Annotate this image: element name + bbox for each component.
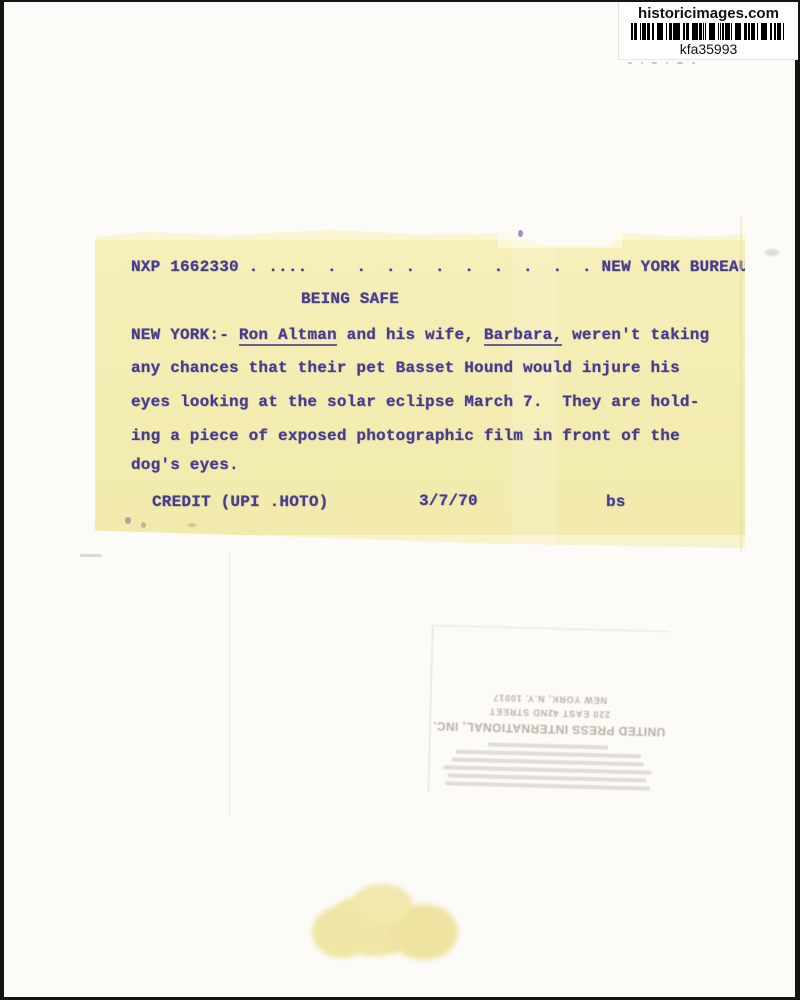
smudge-mark [765,249,779,256]
underlined-name: Barbara, [484,326,562,346]
editor-initials: bs [606,493,626,511]
inventory-label: historicimages.com kfa35993 [618,2,798,60]
stamp-illegible-line [452,757,644,766]
ink-speck [188,523,196,527]
label-edge-marks [628,62,748,66]
upi-stamp-upside-down: UNITED PRESS INTERNATIONAL, INC. 220 EAS… [428,625,670,797]
caption-text: weren't taking [562,326,709,344]
credit-line: CREDIT (UPI .HOTO) [152,493,328,511]
stamp-illegible-line [445,781,650,790]
caption-line-5: dog's eyes. [131,456,239,474]
label-site-text: historicimages.com [638,6,779,22]
smudge-mark [80,554,102,557]
caption-title: BEING SAFE [301,290,399,308]
tape-strip [95,535,745,548]
barcode-icon [631,23,787,40]
caption-line-4: ing a piece of exposed photographic film… [131,427,680,445]
stamp-illegible-line [456,750,641,759]
caption-slip: NXP 1662330 . .... . . . . . . . . . . N… [95,226,745,548]
underlined-name: Ron Altman [239,326,337,346]
paper-edge-sliver [740,216,742,552]
caption-text: NEW YORK:- [131,326,239,344]
ink-speck [141,522,146,528]
stamp-illegible-line [489,742,609,749]
paper-stain [312,876,462,968]
ink-speck [518,230,523,237]
scan-border-left [0,0,4,1000]
photo-back-scan: { "label": { "site": "historicimages.com… [0,0,800,1000]
stamp-company-text: UNITED PRESS INTERNATIONAL, INC. [433,719,666,739]
paper-crease [229,552,230,814]
caption-line-2: any chances that their pet Basset Hound … [131,359,680,377]
label-code-text: kfa35993 [680,41,738,57]
slug-line: NXP 1662330 . .... . . . . . . . . . . N… [131,258,749,276]
caption-text: and his wife, [337,326,484,344]
caption-line-1: NEW YORK:- Ron Altman and his wife, Barb… [131,326,709,344]
ink-speck [125,517,131,524]
stamp-street-text: 220 EAST 42ND STREET [489,706,610,719]
scan-border-right [795,0,800,1000]
tape-strip [95,230,745,240]
caption-line-3: eyes looking at the solar eclipse March … [131,393,700,411]
stamp-city-text: NEW YORK, N.Y. 10017 [493,693,608,706]
date-text: 3/7/70 [419,492,478,510]
